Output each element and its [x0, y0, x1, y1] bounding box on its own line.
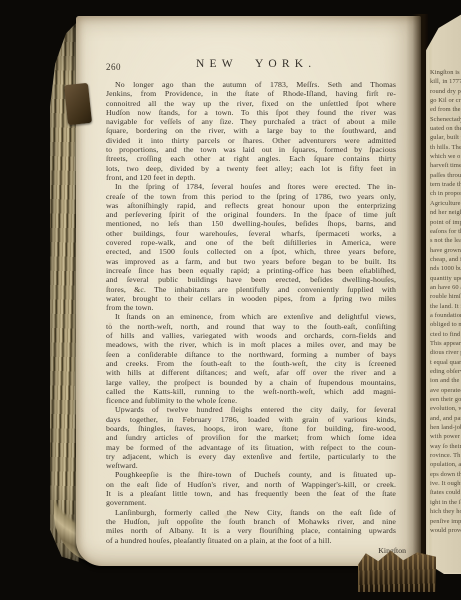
text-line: the Hudſon, juſt oppoſite the ſouth bran… — [106, 517, 396, 526]
text-line: miles north of Albany. It is a very flou… — [106, 526, 396, 535]
text-line: and ſeveral public buildings have been e… — [106, 275, 396, 284]
text-line: front, and 120 feet in depth. — [106, 173, 396, 182]
facing-page-text-line: an have 60 acre — [430, 283, 461, 292]
book-gutter — [406, 14, 428, 570]
facing-page-text-line: Schenectady is — [430, 115, 461, 124]
text-line: of hills and vallies, variegated with wo… — [106, 331, 396, 340]
text-line: other buildings, four warehouſes, ſevera… — [106, 229, 396, 238]
page-text: No longer ago than the autumn of 1783, M… — [106, 80, 396, 545]
facing-page-text-line: ion and the ben — [430, 376, 461, 385]
text-line: mentioned, no leſs than 150 dwelling-hou… — [106, 219, 396, 228]
text-line: weſtward. — [106, 461, 396, 470]
text-line: ficence and ſublimity to the whole ſcene… — [106, 396, 396, 405]
text-line: Upwards of twelve hundred ſleighs entere… — [106, 405, 396, 414]
text-line: ſtores, &c. The inhabitants are plentifu… — [106, 285, 396, 294]
text-line: with hills at different diſtances; and w… — [106, 368, 396, 377]
text-line: called the Katts-kill, running to the we… — [106, 387, 396, 396]
facing-page-text-line: point of impor — [430, 218, 461, 227]
facing-page-text-line: rovince. Th — [430, 451, 461, 460]
text-line: try adjacent, which is every day extenſi… — [106, 452, 396, 461]
facing-page-text-line: nd her neighb — [430, 208, 461, 217]
facing-page-text-line: eps down the — [430, 470, 461, 479]
text-line: of a hundred houſes, pleaſantly ſituated… — [106, 536, 396, 545]
facing-page-text-line: een their gover — [430, 395, 461, 404]
facing-page-text-line: ave operated in — [430, 386, 461, 395]
facing-page-text-line: have grown rich — [430, 246, 461, 255]
text-line: meadows, with the river, which is in moſ… — [106, 340, 396, 349]
text-line: divided it into thirty parcels or ſhares… — [106, 136, 396, 145]
facing-page-text-line: hen land-jobb — [430, 423, 461, 432]
text-line: was improved as a farm, and but two year… — [106, 257, 396, 266]
facing-page-text-line: paſſes through a — [430, 171, 461, 180]
text-line: ſeen a conſiderable diſtance to the nort… — [106, 350, 396, 359]
book-cover-corner — [64, 83, 92, 125]
facing-page-text: Kingſton is thekill, in 1777,round dry p… — [430, 68, 461, 535]
text-line: connoitred all the way up the river, fix… — [106, 99, 396, 108]
text-line: ſtreets, croſſing each other at right an… — [106, 154, 396, 163]
facing-page-text-line: rouble himſelf — [430, 292, 461, 301]
facing-page-text-line: th hills. The — [430, 143, 461, 152]
text-line: to proportions, and the town was laid ou… — [106, 145, 396, 154]
text-line: Hudſon now ſtands, for a town. To this ſ… — [106, 108, 396, 117]
facing-page-text-line: way ſo their p — [430, 442, 461, 451]
facing-page-text-line: would prove w — [430, 526, 461, 535]
facing-page-text-line: the land. It is p — [430, 302, 461, 311]
facing-page-text-line: a foundation fo — [430, 311, 461, 320]
facing-page-text-line: ive. It ought — [430, 479, 461, 488]
facing-page-text-line: gular, built pri — [430, 133, 461, 142]
text-line: days together, in February 1786, loaded … — [106, 415, 396, 424]
text-line: and creeks. From the ſouth-eaſt to the ſ… — [106, 359, 396, 368]
facing-page-text-line: obliged to main — [430, 320, 461, 329]
book-page: 260 NEW YORK. No longer ago than the aut… — [76, 16, 421, 566]
text-line: ſquare, bordering on the river, with a l… — [106, 126, 396, 135]
facing-page-text-line: go Kil or creek — [430, 96, 461, 105]
facing-page-text-line: eding obſervatio — [430, 367, 461, 376]
text-line: government. — [106, 498, 396, 507]
facing-page-text-line: ed from the rive — [430, 105, 461, 114]
facing-page-text-line: Agriculture a — [430, 199, 461, 208]
text-line: Jenkins, from Providence, in the ſtate o… — [106, 89, 396, 98]
facing-page-text-line: tern trade throug — [430, 180, 461, 189]
text-line: may be formed of the advantage of its ſi… — [106, 443, 396, 452]
facing-page-text-line: ch in proporti — [430, 189, 461, 198]
text-line: large valley, the proſpect is bounded by… — [106, 378, 396, 387]
text-line: Lanſinburgh, formerly called the New Cit… — [106, 508, 396, 517]
facing-page-text-line: Kingſton is the — [430, 68, 461, 77]
text-line: and ſundry articles of proviſion for the… — [106, 433, 396, 442]
text-line: lots, two deep, divided by a twenty feet… — [106, 164, 396, 173]
book-photo: 260 NEW YORK. No longer ago than the aut… — [0, 0, 461, 600]
facing-page-text-line: eaſons for this — [430, 227, 461, 236]
text-line: and perſevering ſpirit of the original f… — [106, 210, 396, 219]
text-line: creaſe of the town from this period to t… — [106, 192, 396, 201]
facing-page-edge: Kingſton is thekill, in 1777,round dry p… — [426, 14, 461, 574]
facing-page-text-line: dious river pr — [430, 348, 461, 357]
catchword: Kingſton — [106, 546, 406, 555]
text-line: increaſe ſince has been equally rapid; a… — [106, 266, 396, 275]
facing-page-text-line: and, and par — [430, 414, 461, 423]
facing-page-text-line: hich they hold — [430, 507, 461, 516]
facing-page-text-line: nds 1000 buſhel — [430, 264, 461, 273]
facing-page-text-line: cheap, and farm — [430, 255, 461, 264]
text-line: water, brought to their cellars in woode… — [106, 294, 396, 303]
text-line: erected, and 1500 ſouls collected on a ſ… — [106, 247, 396, 256]
text-line: covered rope-walk, and one of the beſt d… — [106, 238, 396, 247]
text-line: from the town. — [106, 303, 396, 312]
facing-page-text-line: evolution, war — [430, 404, 461, 413]
facing-page-text-line: ſtates could b — [430, 488, 461, 497]
text-line: It ſtands on an eminence, from which are… — [106, 312, 396, 321]
text-line: navigable for veſſels of any ſize. They … — [106, 117, 396, 126]
text-line: In the ſpring of 1784, ſeveral houſes an… — [106, 182, 396, 191]
facing-page-text-line: penſive impor — [430, 517, 461, 526]
text-line: was aſtoniſhingly rapid, and reflects gr… — [106, 201, 396, 210]
text-line: No longer ago than the autumn of 1783, M… — [106, 80, 396, 89]
facing-page-text-line: which we often c — [430, 152, 461, 161]
facing-page-text-line: t equal quantity — [430, 358, 461, 367]
facing-page-text-line: ight in the ſoil, — [430, 498, 461, 507]
text-line: on the eaſt ſide of Hudſon's river, and … — [106, 480, 396, 489]
facing-page-text-line: cted to find ou — [430, 330, 461, 339]
text-line: boards, ſhingles, ſtaves, hoops, iron wa… — [106, 424, 396, 433]
facing-page-text-line: This appears to — [430, 339, 461, 348]
facing-page-text-line: quantity upon 30 — [430, 274, 461, 283]
facing-page-text-line: harveſt time. A — [430, 161, 461, 170]
text-line: It is a pleaſant little town, and has fr… — [106, 489, 396, 498]
facing-page-text-line: opulation, an — [430, 460, 461, 469]
facing-page-text-line: kill, in 1777, — [430, 77, 461, 86]
running-title: NEW YORK. — [106, 58, 401, 70]
facing-page-text-line: round dry plain — [430, 87, 461, 96]
facing-page-text-line: with power to — [430, 432, 461, 441]
text-line: to the north-weſt, north, and round that… — [106, 322, 396, 331]
facing-page-text-line: uated on the ba — [430, 124, 461, 133]
text-line: Poughkeepſie is the ſhire-town of Ducheſ… — [106, 470, 396, 479]
facing-page-text-line: s not the leaſt — [430, 236, 461, 245]
